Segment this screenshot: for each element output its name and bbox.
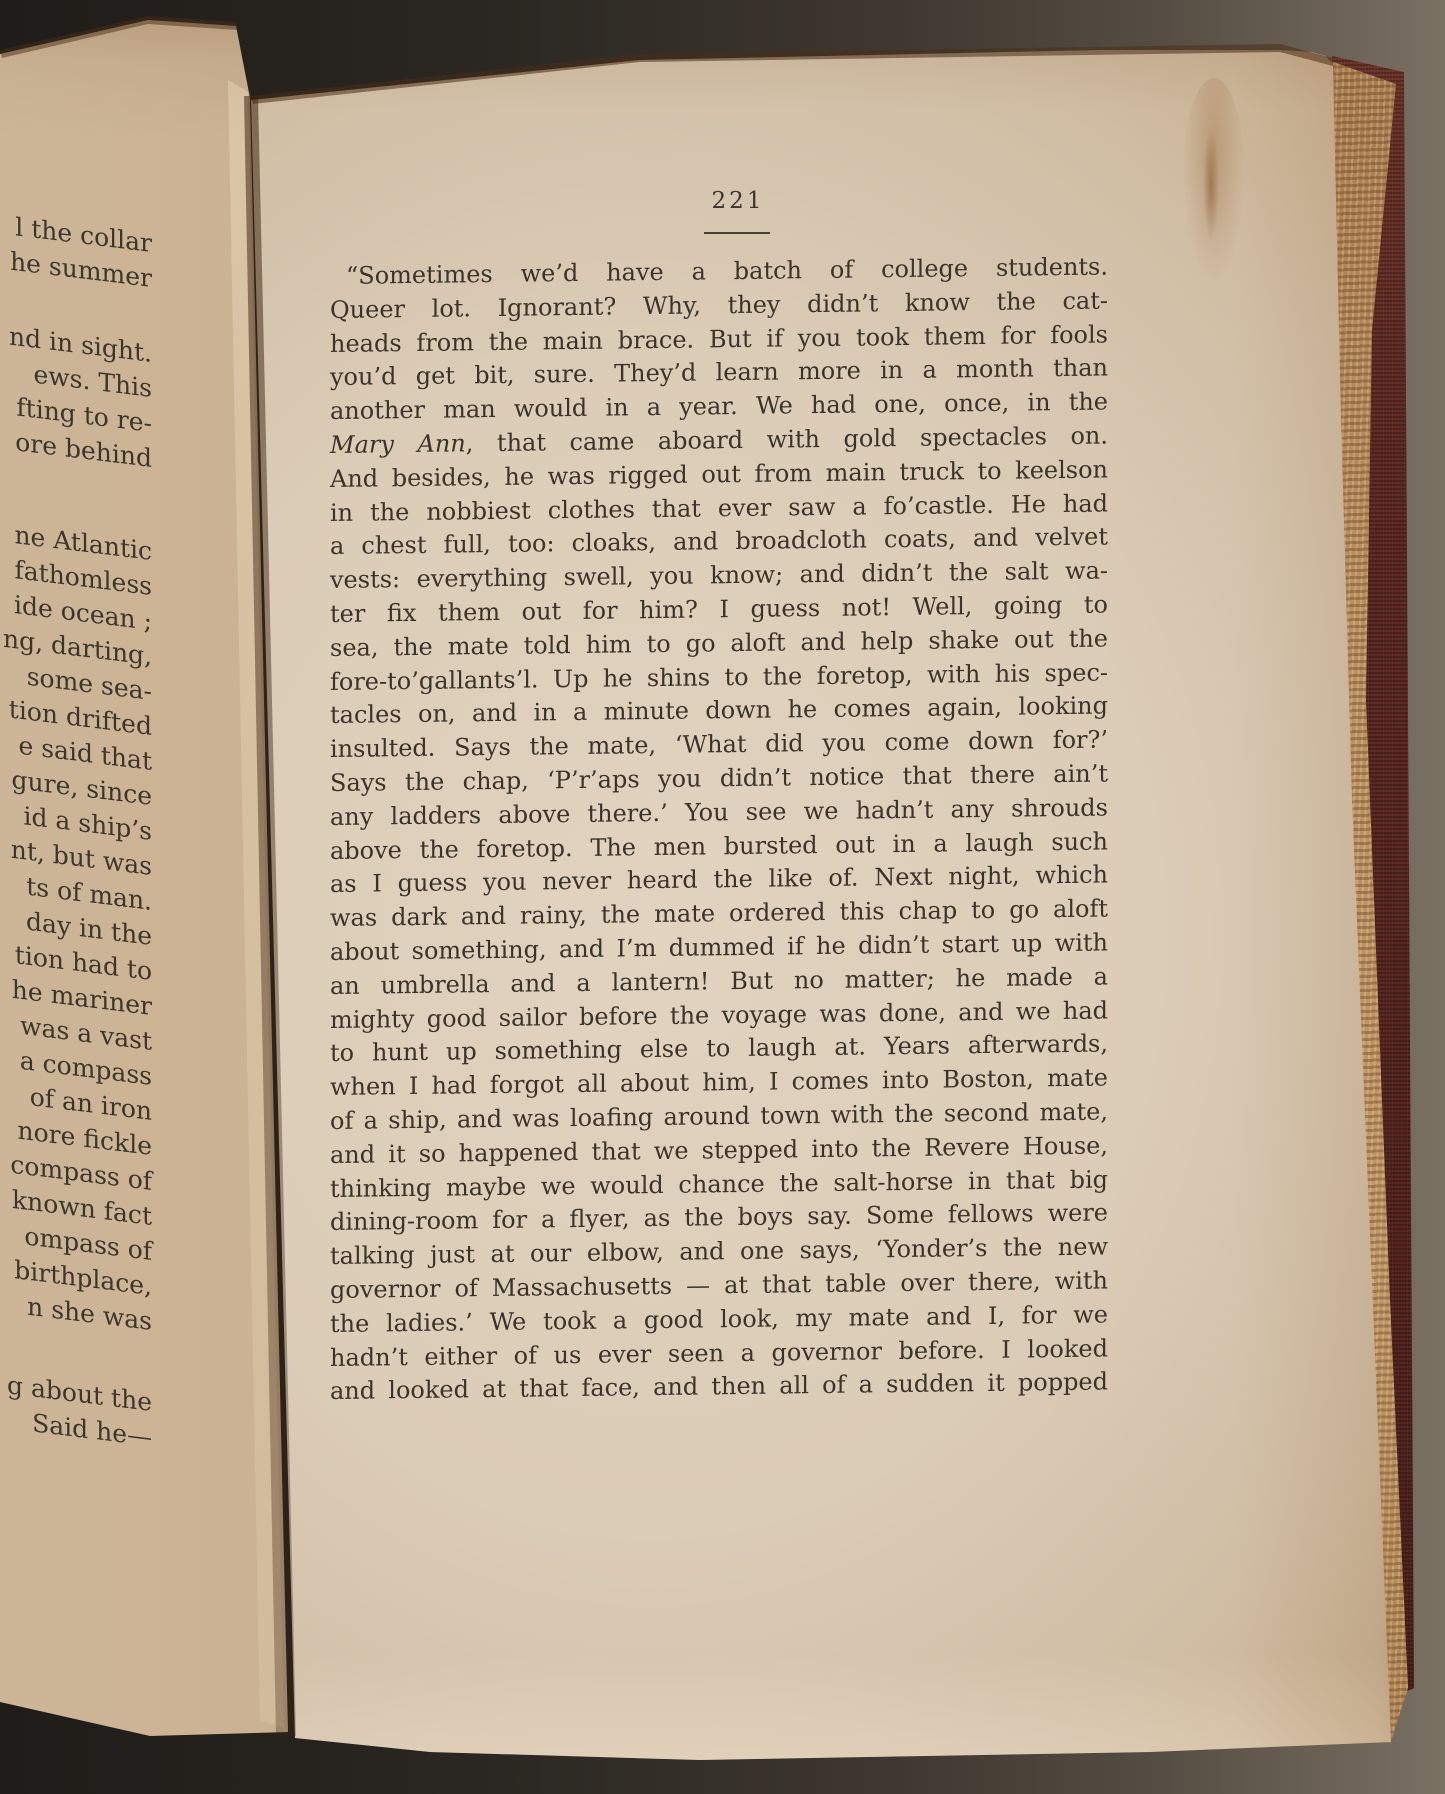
book-photo: 221 “Sometimes we’d have a batch of coll… bbox=[0, 0, 1445, 1794]
left-fragment-group: nd in sight.ews. Thisfting to re-ore beh… bbox=[0, 315, 152, 476]
page-number-rule bbox=[704, 232, 770, 234]
left-fragment-group: ne Atlanticfathomlesside ocean ;ng, dart… bbox=[0, 513, 152, 1339]
page-number: 221 bbox=[688, 188, 788, 214]
left-page-text-fragments: l the collarhe summer nd in sight.ews. T… bbox=[0, 205, 152, 1455]
page-stain bbox=[1203, 130, 1219, 240]
main-text-block: “Sometimes we’d have a batch of college … bbox=[330, 250, 1108, 1409]
